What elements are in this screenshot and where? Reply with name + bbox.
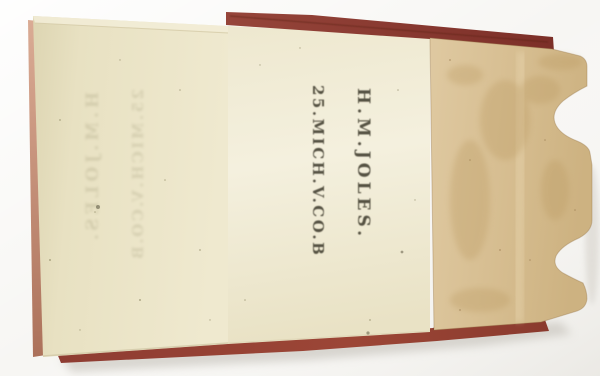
center-page [228, 26, 430, 344]
ghost-stencil-line1: H.M.JOLES. [83, 92, 103, 244]
wallet-photo: H.M.JOLES. 25.MICH.V.CO.B H.M.JOLES. 25.… [0, 0, 600, 376]
photo-stage: H.M.JOLES. 25.MICH.V.CO.B H.M.JOLES. 25.… [0, 0, 600, 376]
ghost-stencil-line2: 25.MICH.V.CO.B [129, 89, 147, 261]
stencil-line1-owner-name: H.M.JOLES. [353, 88, 373, 240]
stencil-line2-unit: 25.MICH.V.CO.B [309, 85, 327, 257]
